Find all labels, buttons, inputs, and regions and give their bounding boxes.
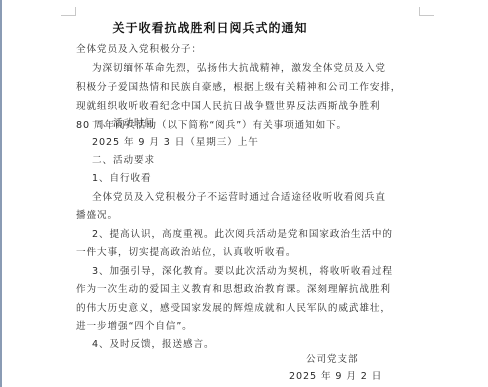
body-line: 积极分子爱国热情和民族自豪感，根据上级有关精神和公司工作安排，	[76, 79, 401, 93]
section-heading-requirements: 二、活动要求	[92, 152, 155, 166]
body-line: 的伟大历史意义，感受国家发展的辉煌成就和人民军队的威武雄壮，	[76, 300, 391, 314]
signature-date: 2025 年 9 月 2 日	[289, 368, 382, 382]
margin-corner-mark-top-left	[61, 7, 76, 16]
body-line: 现就组织收听收看纪念中国人民抗日战争暨世界反法西斯战争胜利	[76, 98, 380, 112]
requirement-1-heading: 1、自行收看	[92, 170, 151, 184]
requirement-3: 3、加强引导，深化教育。要以此次活动为契机，将收听收看过程	[92, 263, 393, 277]
body-line: 全体党员及入党积极分子不运营时通过合适途径收听收看阅兵直	[92, 189, 386, 203]
signature-organization: 公司党支部	[306, 351, 358, 365]
body-line: 作为一次生动的爱国主义教育和思想政治教育课。深刻理解抗战胜利	[76, 281, 391, 295]
body-line: 进一步增强“四个自信”。	[76, 318, 193, 332]
document-title: 关于收看抗战胜利日阅兵式的通知	[65, 19, 355, 36]
requirement-2: 2、提高认识，高度重视。此次阅兵活动是党和国家政治生活中的	[92, 226, 393, 240]
margin-corner-mark-top-right	[419, 7, 434, 16]
salutation: 全体党员及入党积极分子：	[76, 41, 202, 55]
body-line: 为深切缅怀革命先烈，弘扬伟大抗战精神，激发全体党员及入党	[92, 60, 386, 74]
section-heading-time-visible: 一、活动时间	[92, 115, 155, 129]
body-line: 播盛况。	[76, 207, 118, 221]
requirement-4: 4、及时反馈，报送感言。	[92, 336, 214, 350]
body-line: 一件大事，切实提高政治站位，认真收听收看。	[76, 244, 296, 258]
activity-date: 2025 年 9 月 3 日（星期三）上午	[92, 134, 259, 148]
window-left-edge	[0, 0, 2, 387]
